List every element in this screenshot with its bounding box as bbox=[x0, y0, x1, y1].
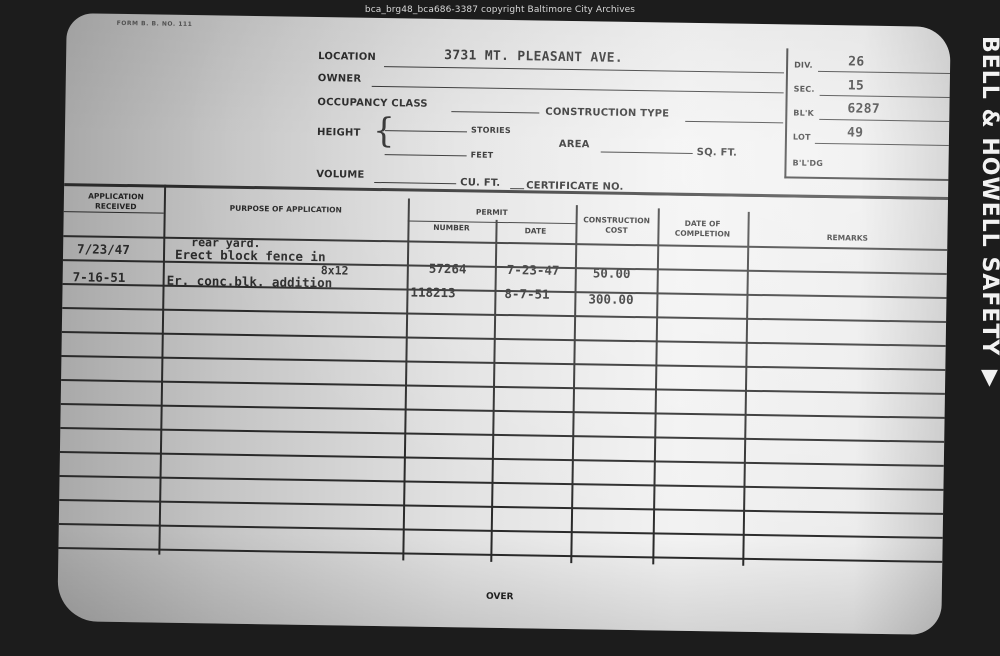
row-line bbox=[61, 379, 945, 395]
sec-line bbox=[820, 95, 950, 98]
construction-type-label: CONSTRUCTION TYPE bbox=[545, 107, 669, 120]
col-divider-received bbox=[158, 185, 166, 555]
owner-label: OWNER bbox=[318, 73, 362, 85]
header-application-received: APPLICATION RECEIVED bbox=[68, 191, 164, 213]
col-divider-cost bbox=[652, 208, 660, 564]
area-line bbox=[601, 151, 693, 153]
blk-label: BL'K bbox=[793, 109, 814, 118]
lot-label: LOT bbox=[793, 133, 811, 142]
row-line bbox=[62, 331, 946, 347]
row-line bbox=[62, 307, 946, 323]
film-edge-text: BELL & HOWELL SAFETY ▼ bbox=[977, 36, 1000, 391]
occupancy-class-label: OCCUPANCY CLASS bbox=[317, 97, 427, 110]
over-label: OVER bbox=[58, 585, 942, 609]
sec-value: 15 bbox=[848, 78, 864, 93]
row-cost: 50.00 bbox=[593, 265, 631, 281]
table-top-border bbox=[64, 183, 948, 200]
permit-table: APPLICATION RECEIVED PURPOSE OF APPLICAT… bbox=[58, 183, 948, 577]
stories-line bbox=[385, 130, 467, 132]
div-line bbox=[818, 71, 950, 74]
blk-value: 6287 bbox=[847, 101, 880, 117]
permit-index-card: FORM B. B. NO. 111 LOCATION 3731 MT. PLE… bbox=[57, 13, 950, 635]
lot-line bbox=[815, 143, 949, 146]
owner-line bbox=[372, 86, 784, 93]
parcel-box: DIV. 26 SEC. 15 BL'K 6287 LOT 49 B'L'DG bbox=[784, 48, 950, 181]
row-purpose-line2: Erect block fence in bbox=[175, 247, 326, 264]
row-line bbox=[58, 547, 942, 563]
row-line bbox=[60, 475, 944, 491]
row-purpose-line2: Er. conc.blk. addition bbox=[167, 273, 333, 291]
row-permit-date: 8-7-51 bbox=[504, 286, 549, 302]
location-label: LOCATION bbox=[318, 51, 376, 63]
location-line bbox=[384, 66, 784, 73]
bldg-label: B'L'DG bbox=[792, 159, 823, 168]
sq-ft-label: SQ. FT. bbox=[697, 147, 737, 159]
area-label: AREA bbox=[559, 139, 590, 150]
sec-label: SEC. bbox=[794, 85, 815, 94]
row-permit-number: 118213 bbox=[410, 285, 455, 301]
received-header-divider bbox=[64, 211, 164, 214]
row-line bbox=[61, 355, 945, 371]
col-divider-number bbox=[490, 220, 497, 562]
header-date-of-completion: DATE OF COMPLETION bbox=[657, 218, 747, 239]
row-cost: 300.00 bbox=[588, 291, 633, 307]
location-value: 3731 MT. PLEASANT AVE. bbox=[444, 48, 623, 66]
volume-line bbox=[374, 182, 456, 184]
header-purpose: PURPOSE OF APPLICATION bbox=[164, 203, 408, 217]
row-received: 7-16-51 bbox=[73, 269, 126, 285]
row-line bbox=[60, 451, 944, 467]
occupancy-class-line bbox=[451, 111, 539, 113]
header-permit-number: NUMBER bbox=[407, 222, 495, 233]
volume-label: VOLUME bbox=[316, 169, 364, 181]
header-construction-cost: CONSTRUCTION COST bbox=[575, 215, 657, 236]
lot-value: 49 bbox=[847, 125, 863, 140]
form-number: FORM B. B. NO. 111 bbox=[117, 20, 193, 28]
div-value: 26 bbox=[848, 54, 864, 69]
div-label: DIV. bbox=[794, 61, 813, 70]
film-edge-label: BELL & HOWELL SAFETY ▼ bbox=[972, 36, 1000, 486]
row-line bbox=[60, 427, 944, 443]
stories-label: STORIES bbox=[471, 125, 511, 135]
cu-ft-label: CU. FT. bbox=[460, 177, 500, 189]
header-permit-date: DATE bbox=[495, 226, 575, 237]
cu-ft-gap-line bbox=[510, 188, 524, 189]
row-line bbox=[61, 403, 945, 419]
blk-line bbox=[819, 119, 949, 122]
row-line bbox=[59, 499, 943, 515]
row-received: 7/23/47 bbox=[77, 241, 130, 257]
row-permit-date: 7-23-47 bbox=[507, 262, 560, 278]
header-remarks: REMARKS bbox=[747, 232, 947, 245]
row-permit-number: 57264 bbox=[429, 261, 467, 277]
height-label: HEIGHT bbox=[317, 127, 361, 139]
col-divider-date bbox=[570, 205, 578, 563]
row-line bbox=[59, 523, 943, 539]
header-permit: PERMIT bbox=[408, 206, 576, 219]
construction-type-line bbox=[685, 121, 783, 124]
feet-label: FEET bbox=[471, 150, 494, 159]
feet-line bbox=[385, 154, 467, 156]
